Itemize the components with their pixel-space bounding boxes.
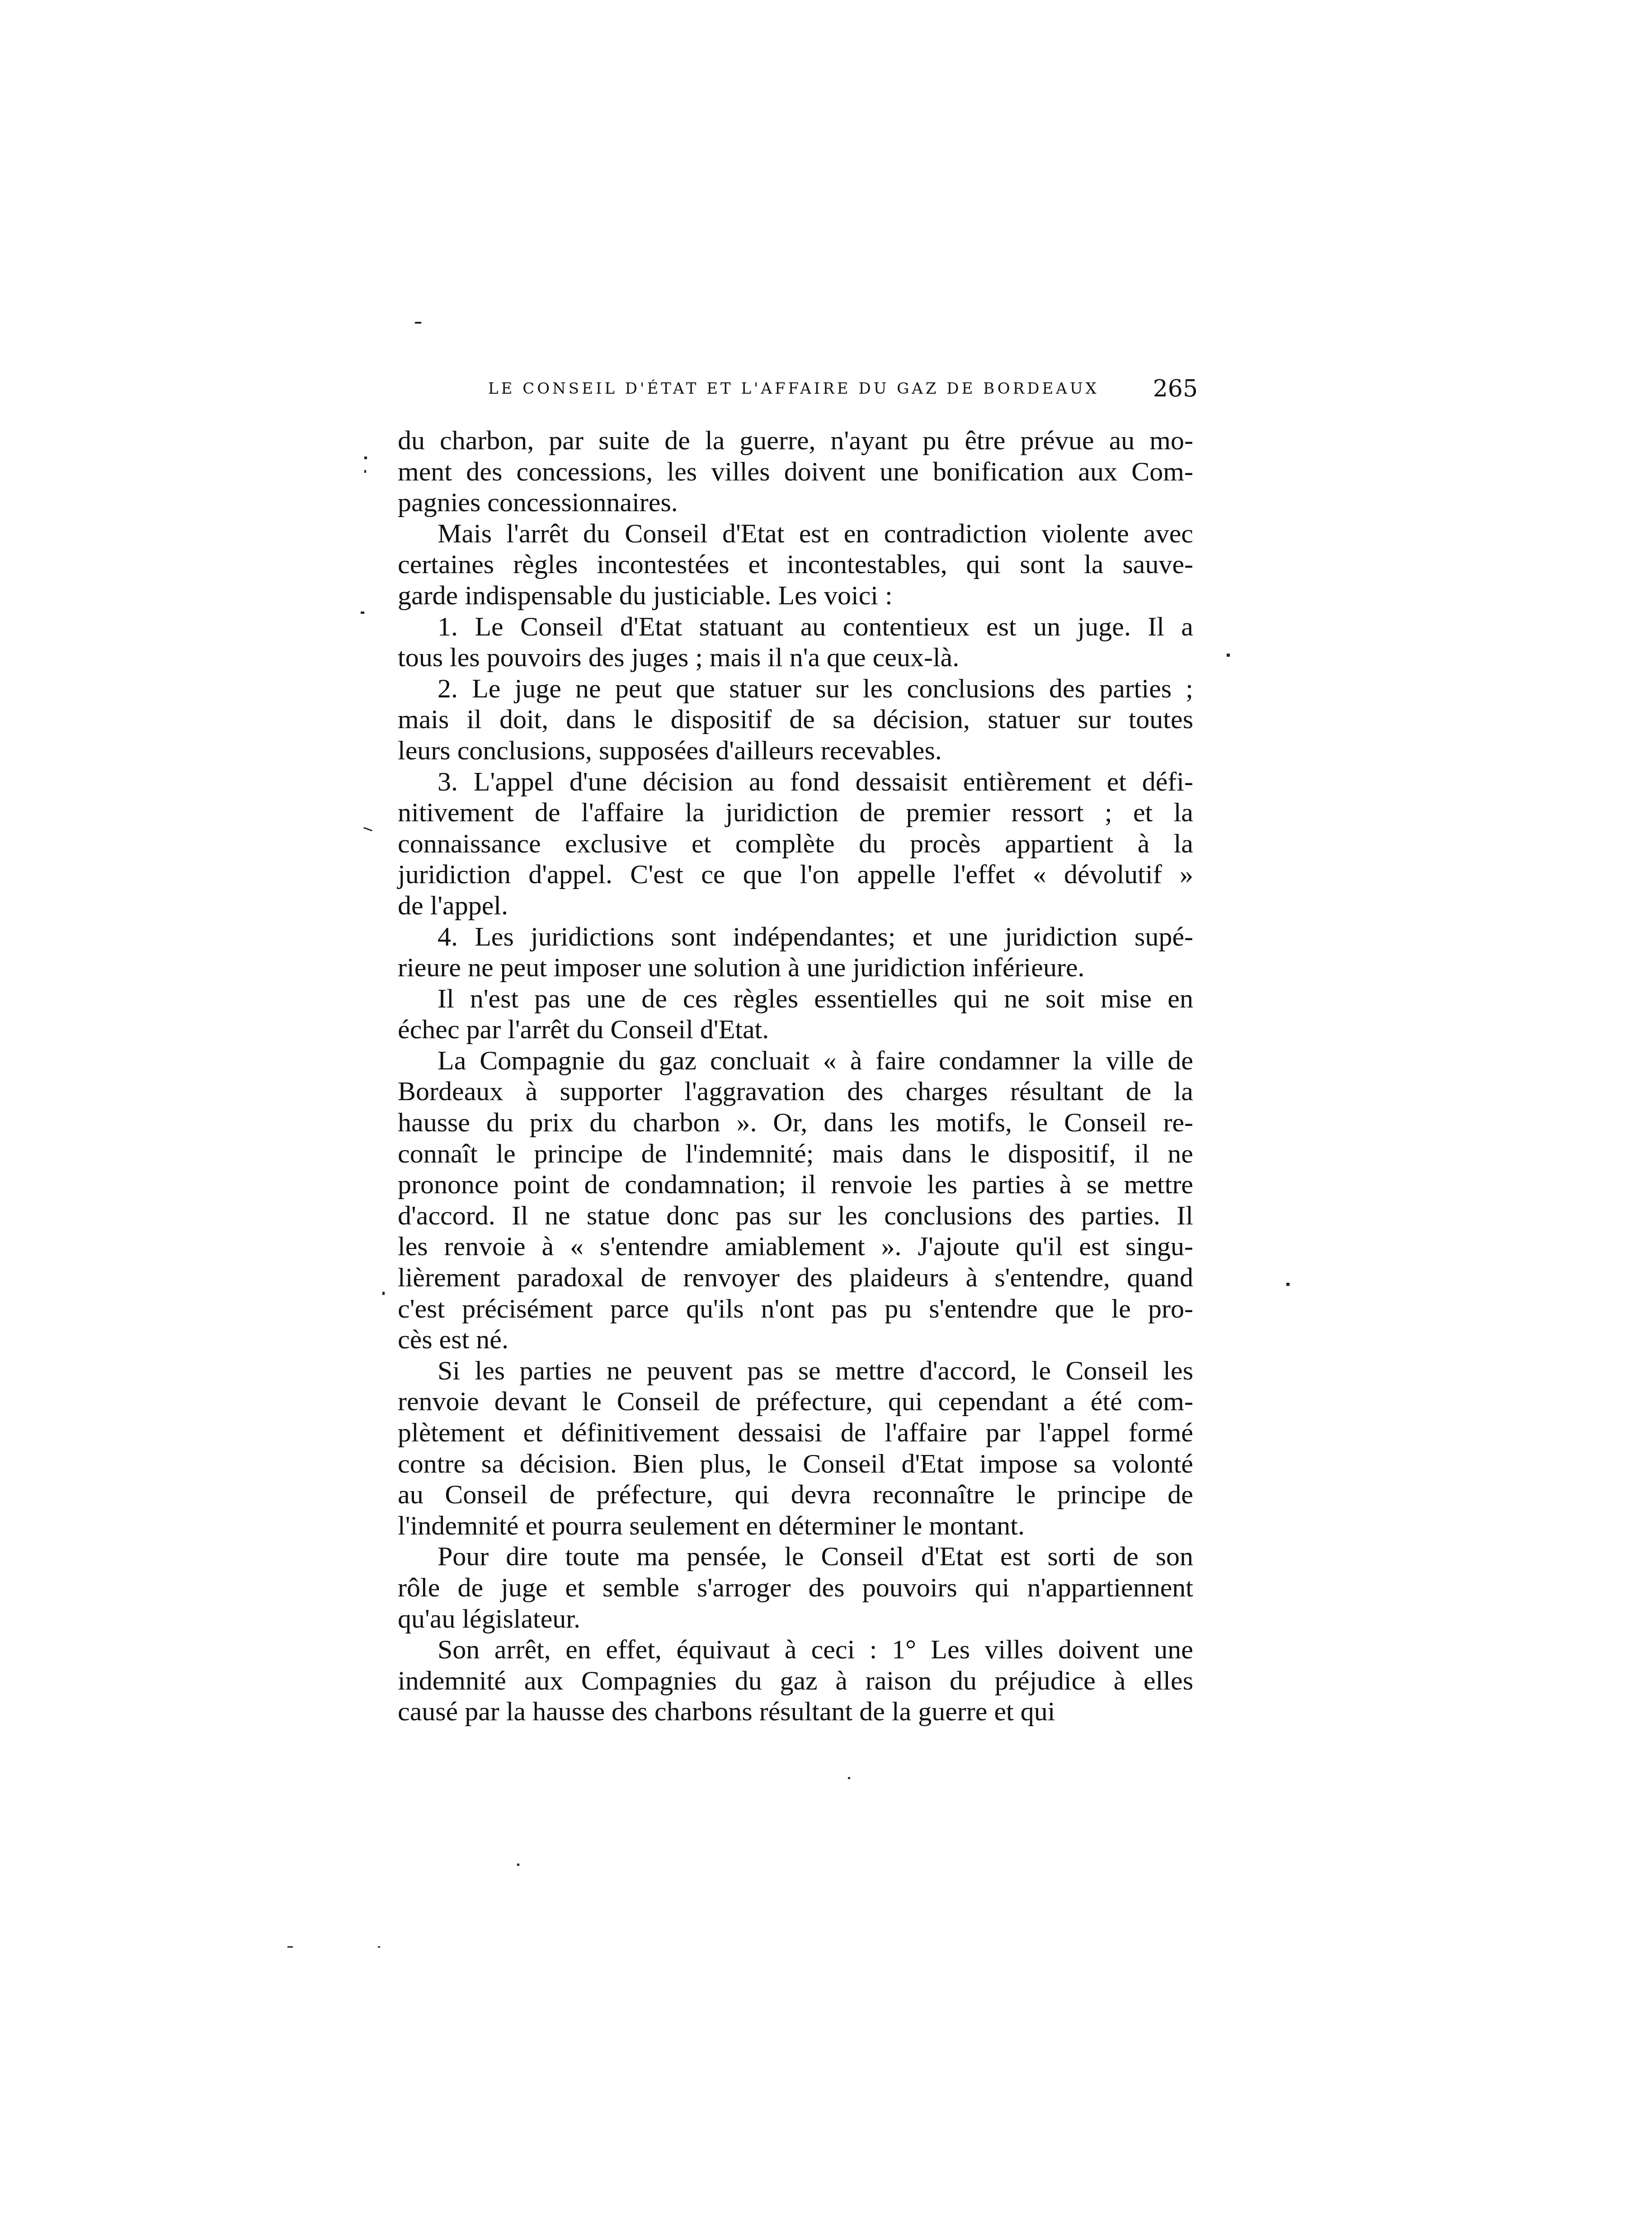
text-line: hausse du prix du charbon ». Or, dans le… [398, 1107, 1193, 1138]
scan-speck [1227, 654, 1230, 657]
text-line: les renvoie à « s'entendre amiablement »… [398, 1231, 1193, 1262]
text-line: juridiction d'appel. C'est ce que l'on a… [398, 859, 1193, 890]
text-line: 1. Le Conseil d'Etat statuant au content… [398, 611, 1193, 642]
text-line: mais il doit, dans le dispositif de sa d… [398, 704, 1193, 735]
text-line: Mais l'arrêt du Conseil d'Etat est en co… [398, 518, 1193, 549]
text-line: garde indispensable du justiciable. Les … [398, 580, 1193, 611]
scan-speck [1286, 1283, 1290, 1286]
paragraph: Son arrêt, en effet, équivaut à ceci : 1… [398, 1634, 1193, 1727]
paragraph: Il n'est pas une de ces règles essentiel… [398, 983, 1193, 1045]
paragraph: Mais l'arrêt du Conseil d'Etat est en co… [398, 518, 1193, 611]
text-line: 4. Les juridictions sont indépendantes; … [398, 921, 1193, 952]
text-line: nitivement de l'affaire la juridiction d… [398, 797, 1193, 828]
text-line: Pour dire toute ma pensée, le Conseil d'… [398, 1541, 1193, 1572]
paragraph: Pour dire toute ma pensée, le Conseil d'… [398, 1541, 1193, 1634]
scan-speck [364, 457, 367, 459]
text-line: indemnité aux Compagnies du gaz à raison… [398, 1665, 1193, 1696]
text-line: rieure ne peut imposer une solution à un… [398, 952, 1193, 983]
text-line: Son arrêt, en effet, équivaut à ceci : 1… [398, 1634, 1193, 1665]
scan-speck [382, 1292, 385, 1295]
scan-speck [361, 612, 364, 614]
text-line: rôle de juge et semble s'arroger des pou… [398, 1572, 1193, 1603]
text-line: lièrement paradoxal de renvoyer des plai… [398, 1262, 1193, 1293]
paragraph: du charbon, par suite de la guerre, n'ay… [398, 425, 1193, 518]
scan-speck [378, 1946, 380, 1948]
running-head: LE CONSEIL D'ÉTAT ET L'AFFAIRE DU GAZ DE… [488, 375, 1198, 402]
text-line: leurs conclusions, supposées d'ailleurs … [398, 735, 1193, 766]
text-line: c'est précisément parce qu'ils n'ont pas… [398, 1293, 1193, 1324]
text-line: Bordeaux à supporter l'aggravation des c… [398, 1076, 1193, 1107]
page-number: 265 [1153, 375, 1198, 402]
body-text: du charbon, par suite de la guerre, n'ay… [398, 425, 1193, 1727]
text-line: causé par la hausse des charbons résulta… [398, 1696, 1193, 1727]
text-line: 3. L'appel d'une décision au fond dessai… [398, 766, 1193, 797]
text-line: de l'appel. [398, 890, 1193, 921]
scan-speck [517, 1864, 519, 1866]
paragraph: 2. Le juge ne peut que statuer sur les c… [398, 673, 1193, 766]
text-line: du charbon, par suite de la guerre, n'ay… [398, 425, 1193, 456]
text-line: certaines règles incontestées et inconte… [398, 549, 1193, 580]
scan-speck [287, 1946, 293, 1948]
scanned-page: LE CONSEIL D'ÉTAT ET L'AFFAIRE DU GAZ DE… [0, 0, 1652, 2236]
text-line: connaissance exclusive et complète du pr… [398, 828, 1193, 859]
text-line: 2. Le juge ne peut que statuer sur les c… [398, 673, 1193, 704]
text-line: prononce point de condamnation; il renvo… [398, 1169, 1193, 1200]
text-line: qu'au législateur. [398, 1603, 1193, 1634]
text-line: ment des concessions, les villes doivent… [398, 456, 1193, 487]
text-line: pagnies concessionnaires. [398, 487, 1193, 518]
text-line: Si les parties ne peuvent pas se mettre … [398, 1355, 1193, 1386]
text-line: Il n'est pas une de ces règles essentiel… [398, 983, 1193, 1014]
paragraph: Si les parties ne peuvent pas se mettre … [398, 1355, 1193, 1541]
paragraph: La Compagnie du gaz concluait « à faire … [398, 1045, 1193, 1355]
scan-speck [415, 322, 421, 324]
paragraph: 4. Les juridictions sont indépendantes; … [398, 921, 1193, 983]
scan-speck [363, 827, 372, 832]
text-line: d'accord. Il ne statue donc pas sur les … [398, 1200, 1193, 1231]
text-line: La Compagnie du gaz concluait « à faire … [398, 1045, 1193, 1076]
text-line: renvoie devant le Conseil de préfecture,… [398, 1386, 1193, 1417]
text-line: plètement et définitivement dessaisi de … [398, 1417, 1193, 1448]
text-line: contre sa décision. Bien plus, le Consei… [398, 1448, 1193, 1479]
text-line: connaît le principe de l'indemnité; mais… [398, 1138, 1193, 1169]
text-line: l'indemnité et pourra seulement en déter… [398, 1510, 1193, 1541]
paragraph: 3. L'appel d'une décision au fond dessai… [398, 766, 1193, 921]
text-line: tous les pouvoirs des juges ; mais il n'… [398, 642, 1193, 673]
scan-speck [364, 470, 366, 473]
scan-speck [848, 1777, 850, 1779]
running-title: LE CONSEIL D'ÉTAT ET L'AFFAIRE DU GAZ DE… [488, 380, 1099, 398]
text-line: cès est né. [398, 1324, 1193, 1355]
text-line: au Conseil de préfecture, qui devra reco… [398, 1479, 1193, 1510]
text-line: échec par l'arrêt du Conseil d'Etat. [398, 1014, 1193, 1045]
paragraph: 1. Le Conseil d'Etat statuant au content… [398, 611, 1193, 673]
